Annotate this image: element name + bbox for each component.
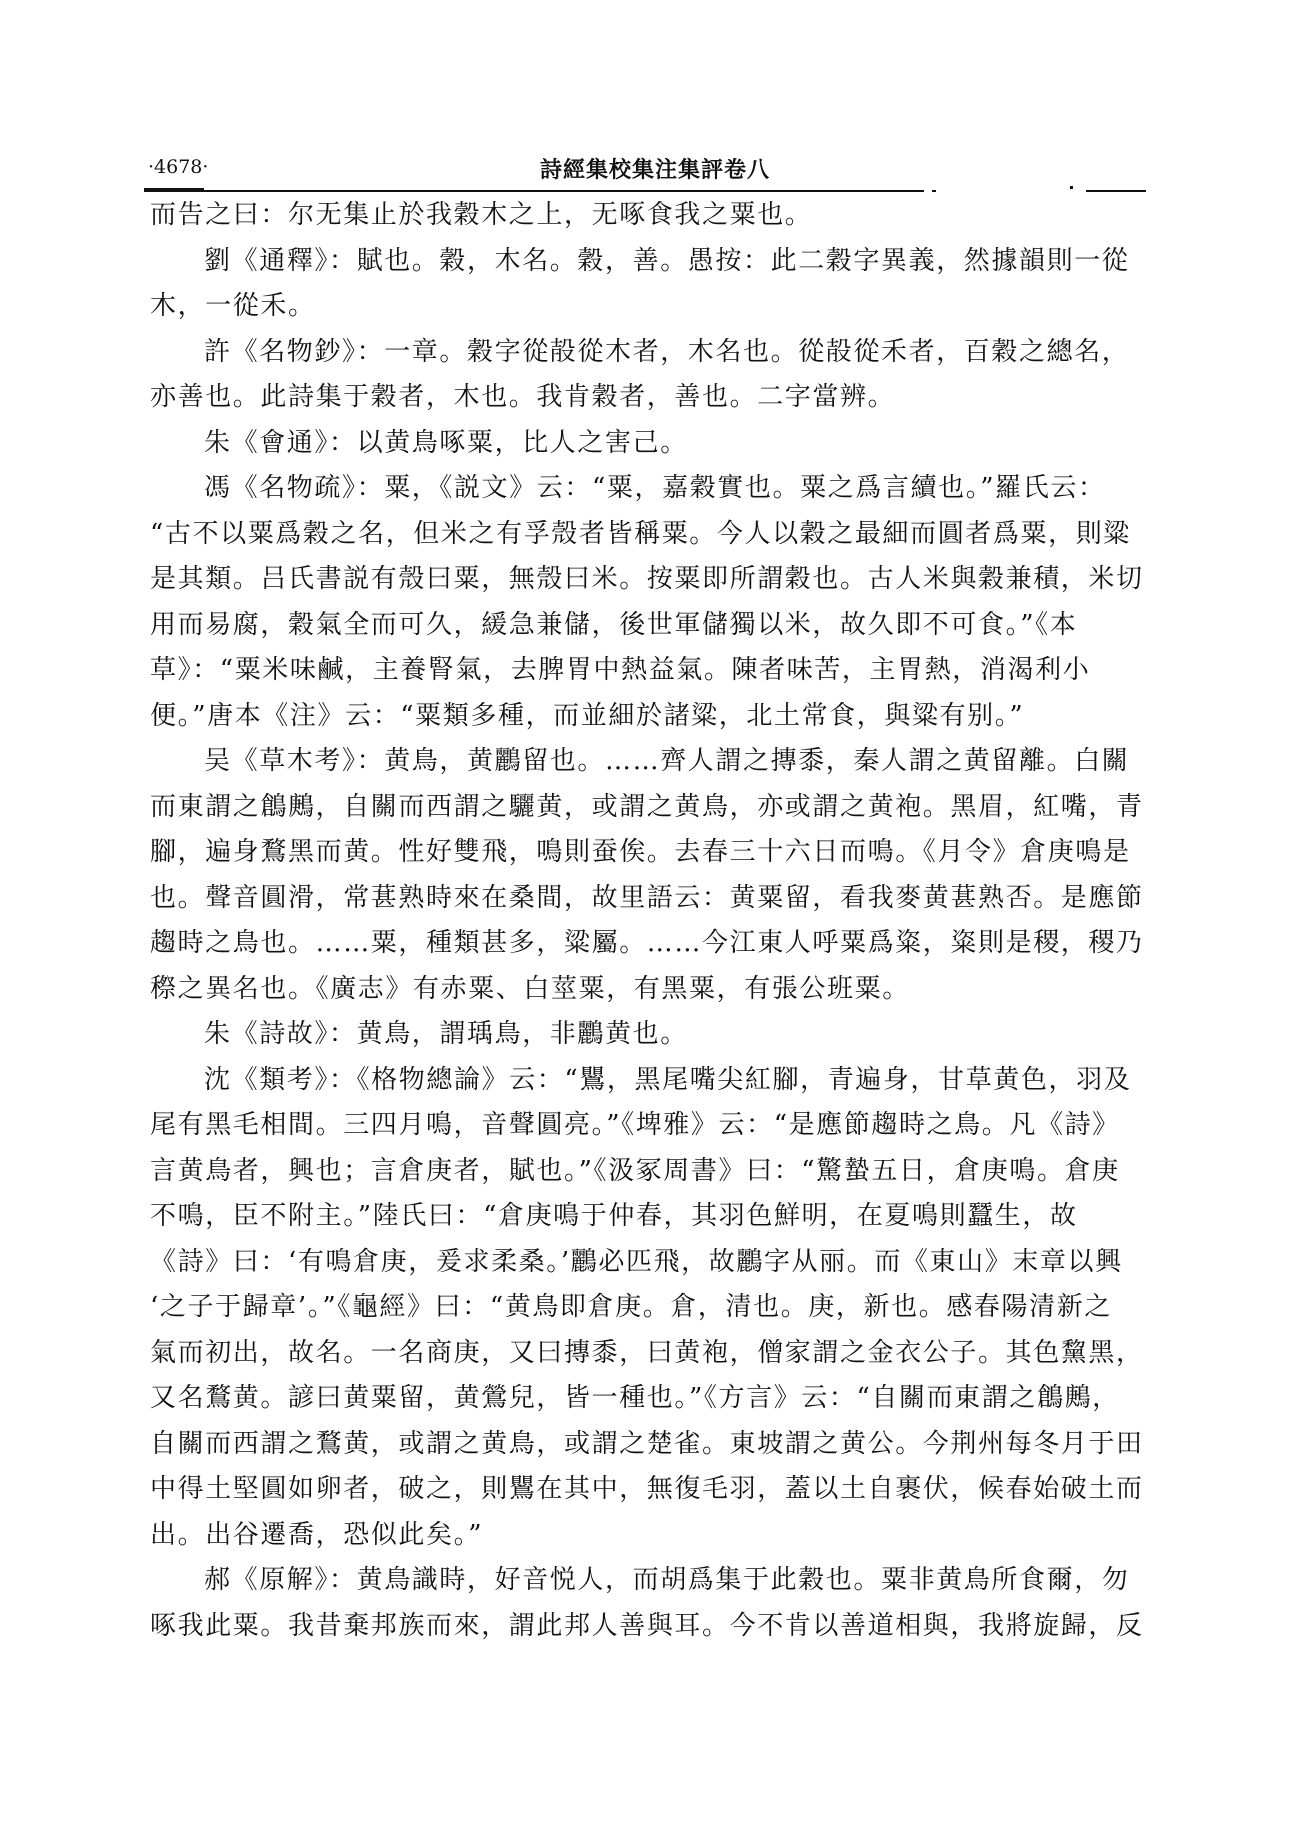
text-line: 朱《詩故》：黄鳥，謂瑀鳥，非鸝黄也。 (204, 1017, 1204, 1051)
text-line: 尾有黑毛相間。三四月鳴，音聲圓亮。”《埤雅》云：“是應節趨時之鳥。凡《詩》 (150, 1108, 1150, 1142)
text-line: 馮《名物疏》：粟，《説文》云：“粟，嘉穀實也。粟之爲言續也。”羅氏云： (204, 471, 1204, 505)
text-line: 沈《類考》：《格物總論》云：“鸎，黑尾嘴尖紅腳，青遍身，甘草黄色，羽及 (204, 1063, 1204, 1097)
body-text: 而告之曰：尔无集止於我穀木之上，无啄食我之粟也。劉《通釋》：賦也。穀，木名。穀，… (0, 0, 1300, 1827)
text-line: 亦善也。此詩集于穀者，木也。我肯穀者，善也。二字當辨。 (150, 380, 1150, 414)
text-line: 郝《原解》：黄鳥識時，好音悦人，而胡爲集于此穀也。粟非黄鳥所食爾，勿 (204, 1563, 1204, 1597)
text-line: 而東謂之鶬鶊，自關而西謂之驪黄，或謂之黄鳥，亦或謂之黄袍。黑眉，紅嘴，青 (150, 790, 1150, 824)
text-line: 而告之曰：尔无集止於我穀木之上，无啄食我之粟也。 (150, 198, 1150, 232)
text-line: 不鳴，臣不附主。”陸氏曰：“倉庚鳴于仲春，其羽色鮮明，在夏鳴則蠶生，故 (150, 1199, 1150, 1233)
text-line: 用而易腐，穀氣全而可久，緩急兼儲，後世軍儲獨以米，故久即不可食。”《本 (150, 608, 1150, 642)
text-line: 便。”唐本《注》云：“粟類多種，而並細於諸粱，北土常食，與粱有别。” (150, 699, 1150, 733)
text-line: 吴《草木考》：黄鳥，黄鸝留也。……齊人謂之摶黍，秦人謂之黄留離。白關 (204, 744, 1204, 778)
text-line: 中得土堅圓如卵者，破之，則鸎在其中，無復毛羽，蓋以土自裹伏，候春始破土而 (150, 1472, 1150, 1506)
text-line: 腳，遍身鶩黑而黄。性好雙飛，鳴則蚕俟。去春三十六日而鳴。《月令》倉庚鳴是 (150, 835, 1150, 869)
text-line: 穄之異名也。《廣志》有赤粟、白莖粟，有黑粟，有張公班粟。 (150, 972, 1150, 1006)
text-line: ‘之子于歸章’。”《龜經》曰：“黄鳥即倉庚。倉，清也。庚，新也。感春陽清新之 (150, 1290, 1150, 1324)
text-line: “古不以粟爲穀之名，但米之有孚殼者皆稱粟。今人以穀之最細而圓者爲粟，則粱 (150, 517, 1150, 551)
text-line: 氣而初出，故名。一名商庚，又曰摶黍，曰黄袍，僧家謂之金衣公子。其色黧黑， (150, 1336, 1150, 1370)
text-line: 趨時之鳥也。……粟，種類甚多，粱屬。……今江東人呼粟爲粢，粢則是稷，稷乃 (150, 926, 1150, 960)
text-line: 自關而西謂之鶩黄，或謂之黄鳥，或謂之楚雀。東坡謂之黄公。今荆州每冬月于田 (150, 1427, 1150, 1461)
text-line: 又名鶩黄。諺曰黄粟留，黄鶯兒，皆一種也。”《方言》云：“自關而東謂之鶬鶊， (150, 1381, 1150, 1415)
text-line: 出。出谷遷喬，恐似此矣。” (150, 1518, 1150, 1552)
text-line: 許《名物鈔》：一章。穀字從㱿從木者，木名也。從㱿從禾者，百穀之總名， (204, 335, 1204, 369)
text-line: 《詩》曰：‘有鳴倉庚，爰求柔桑。’鸝必匹飛，故鸝字从丽。而《東山》末章以興 (150, 1245, 1150, 1279)
text-line: 朱《會通》：以黄鳥啄粟，比人之害己。 (204, 426, 1204, 460)
text-line: 也。聲音圓滑，常葚熟時來在桑間，故里語云：黄粟留，看我麥黄葚熟否。是應節 (150, 881, 1150, 915)
text-line: 草》：“粟米味鹹，主養腎氣，去脾胃中熱益氣。陳者味苦，主胃熱，消渴利小 (150, 653, 1150, 687)
text-line: 是其類。吕氏書説有殼曰粟，無殼曰米。按粟即所謂穀也。古人米與穀兼積，米切 (150, 562, 1150, 596)
text-line: 言黄鳥者，興也；言倉庚者，賦也。”《汲冢周書》曰：“驚蟄五日，倉庚鳴。倉庚 (150, 1154, 1150, 1188)
text-line: 啄我此粟。我昔棄邦族而來，謂此邦人善與耳。今不肯以善道相與，我將旋歸，反 (150, 1609, 1150, 1643)
text-line: 劉《通釋》：賦也。穀，木名。穀，善。愚按：此二穀字異義，然據韻則一從 (204, 244, 1204, 278)
text-line: 木，一從禾。 (150, 289, 1150, 323)
